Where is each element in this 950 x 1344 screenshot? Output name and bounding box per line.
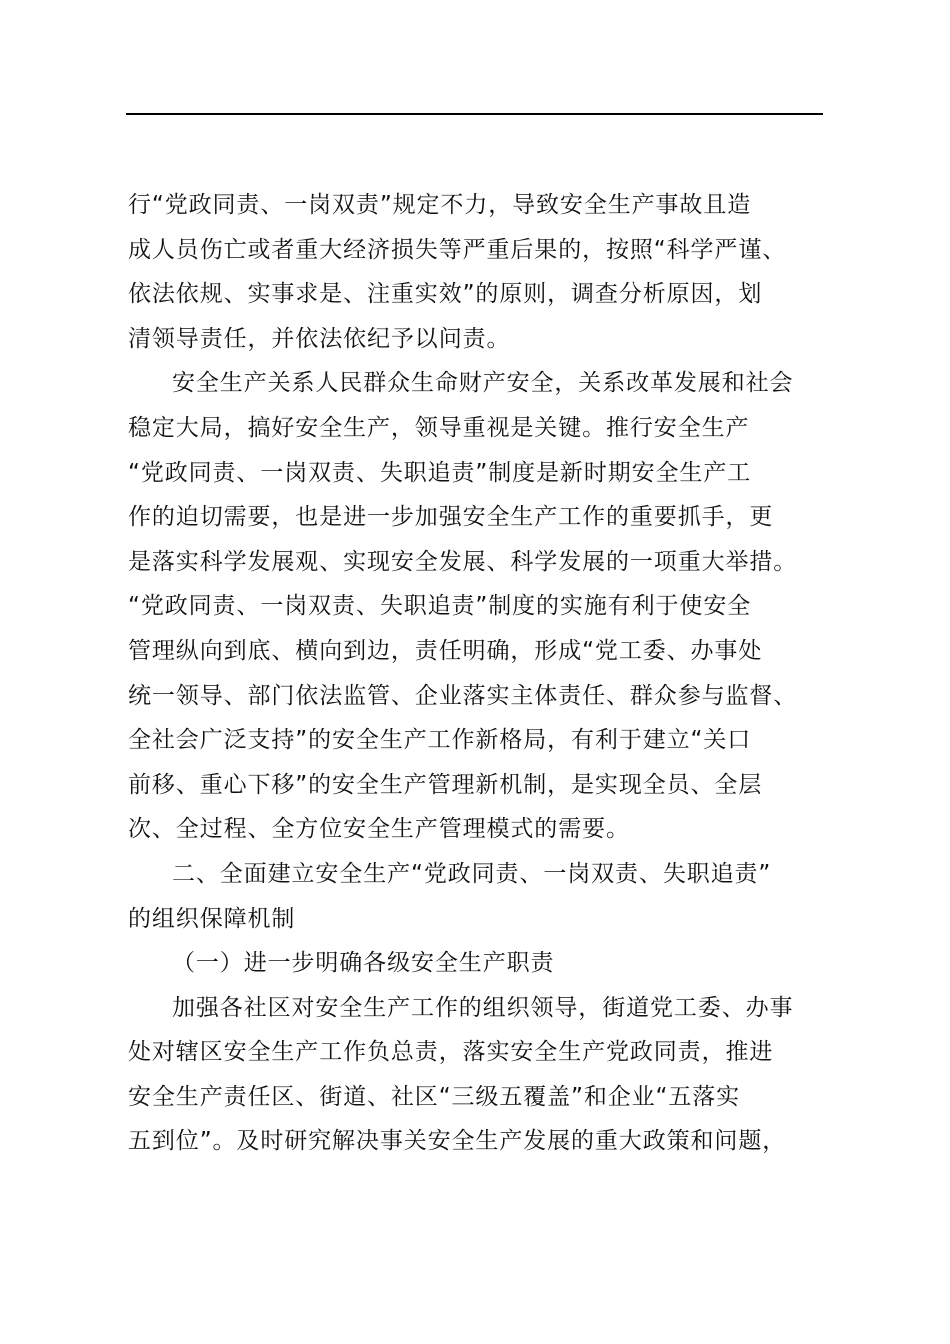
paragraph-line: 依法依规、实事求是、注重实效”的原则，调查分析原因，划 bbox=[128, 272, 828, 317]
paragraph-line: 成人员伤亡或者重大经济损失等严重后果的，按照“科学严谨、 bbox=[128, 228, 828, 273]
subsection-heading: （一）进一步明确各级安全生产职责 bbox=[128, 941, 828, 986]
paragraph-line: 统一领导、部门依法监管、企业落实主体责任、群众参与监督、 bbox=[128, 674, 828, 719]
paragraph-line: “党政同责、一岗双责、失职追责”制度的实施有利于使安全 bbox=[128, 584, 828, 629]
paragraph-line: 行“党政同责、一岗双责”规定不力，导致安全生产事故且造 bbox=[128, 183, 828, 228]
paragraph-line: 是落实科学发展观、实现安全发展、科学发展的一项重大举措。 bbox=[128, 540, 828, 585]
section-heading: 的组织保障机制 bbox=[128, 897, 828, 942]
paragraph-line: 作的迫切需要，也是进一步加强安全生产工作的重要抓手，更 bbox=[128, 495, 828, 540]
paragraph-line: 前移、重心下移”的安全生产管理新机制，是实现全员、全层 bbox=[128, 763, 828, 808]
paragraph-line: 稳定大局，搞好安全生产，领导重视是关键。推行安全生产 bbox=[128, 406, 828, 451]
paragraph-line: 处对辖区安全生产工作负总责，落实安全生产党政同责，推进 bbox=[128, 1030, 828, 1075]
paragraph-line: 全社会广泛支持”的安全生产工作新格局，有利于建立“关口 bbox=[128, 718, 828, 763]
section-heading: 二、全面建立安全生产“党政同责、一岗双责、失职追责” bbox=[128, 852, 828, 897]
paragraph-line: 安全生产关系人民群众生命财产安全，关系改革发展和社会 bbox=[128, 361, 828, 406]
paragraph-line: 管理纵向到底、横向到边，责任明确，形成“党工委、办事处 bbox=[128, 629, 828, 674]
paragraph-line: 安全生产责任区、街道、社区“三级五覆盖”和企业“五落实 bbox=[128, 1075, 828, 1120]
paragraph-line: 次、全过程、全方位安全生产管理模式的需要。 bbox=[128, 807, 828, 852]
paragraph-line: 五到位”。及时研究解决事关安全生产发展的重大政策和问题， bbox=[128, 1119, 828, 1164]
paragraph-line: 清领导责任，并依法依纪予以问责。 bbox=[128, 317, 828, 362]
paragraph-line: “党政同责、一岗双责、失职追责”制度是新时期安全生产工 bbox=[128, 451, 828, 496]
header-rule bbox=[126, 113, 823, 115]
document-body: 行“党政同责、一岗双责”规定不力，导致安全生产事故且造 成人员伤亡或者重大经济损… bbox=[128, 183, 828, 1164]
paragraph-line: 加强各社区对安全生产工作的组织领导，街道党工委、办事 bbox=[128, 986, 828, 1031]
